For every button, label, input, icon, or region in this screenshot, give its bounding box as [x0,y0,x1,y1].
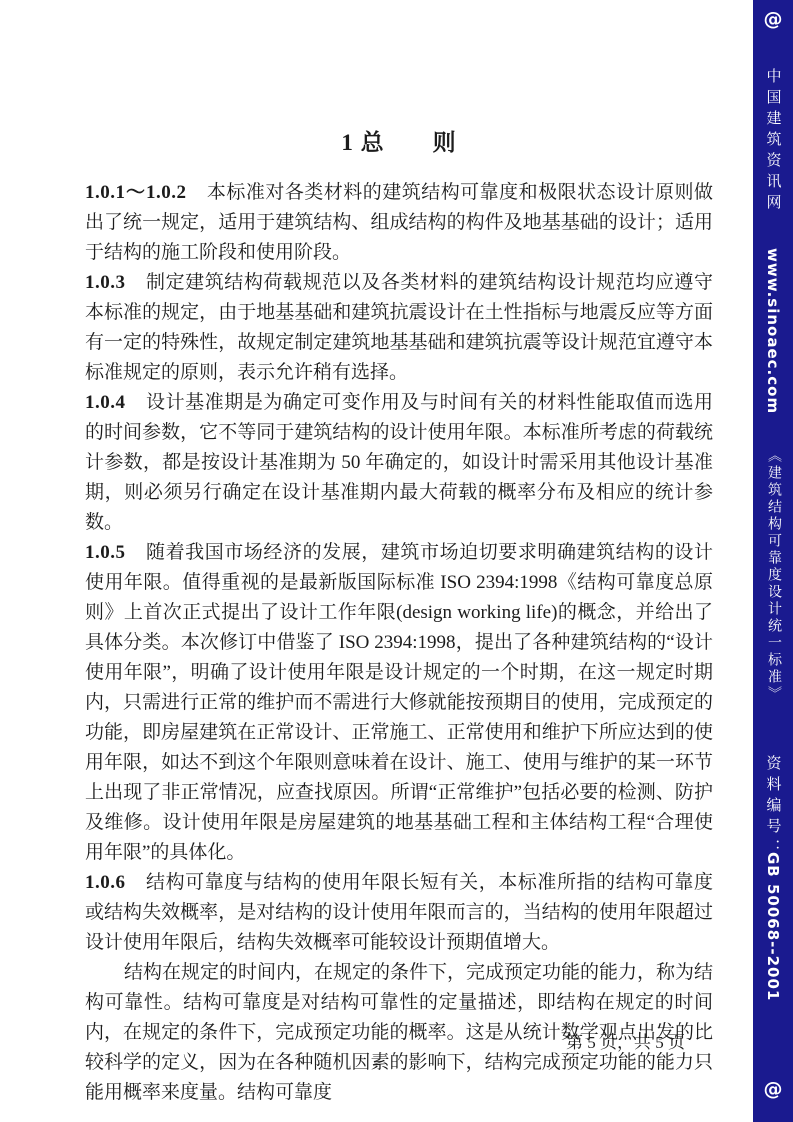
paragraph-1-0-4: 1.0.4设计基准期是为确定可变作用及与时间有关的材料性能取值而选用的时间参数，… [85,388,713,538]
clause-text: 随着我国市场经济的发展，建筑市场迫切要求明确建筑结构的设计使用年限。值得重视的是… [85,542,713,863]
sidebar-site-name: 中国建筑资讯网 [763,68,784,215]
at-icon-top: @ [753,8,793,30]
at-icon-bottom: @ [753,1078,793,1100]
clause-text: 制定建筑结构荷载规范以及各类材料的建筑结构设计规范均应遵守本标准的规定，由于地基… [85,272,713,383]
sidebar: @ 中国建筑资讯网 www.sinoaec.com 《建筑结构可靠度设计统一标准… [753,0,793,1122]
paragraph-1-0-1: 1.0.1～1.0.2本标准对各类材料的建筑结构可靠度和极限状态设计原则做出了统… [85,178,713,268]
clause-text: 结构可靠度与结构的使用年限长短有关，本标准所指的结构可靠度或结构失效概率，是对结… [85,872,713,953]
clause-number: 1.0.6 [85,872,126,893]
sidebar-doc-number-label: 资料编号： [763,755,784,860]
paragraph-1-0-5: 1.0.5随着我国市场经济的发展，建筑市场迫切要求明确建筑结构的设计使用年限。值… [85,538,713,868]
paragraph-1-0-6: 1.0.6结构可靠度与结构的使用年限长短有关，本标准所指的结构可靠度或结构失效概… [85,868,713,958]
page-number: 第 5 页，共 5 页 [85,1030,713,1056]
clause-number: 1.0.4 [85,392,126,413]
sidebar-doc-number: GB 50068--2001 [764,852,782,1001]
clause-text: 设计基准期是为确定可变作用及与时间有关的材料性能取值而选用的时间参数，它不等同于… [85,392,713,533]
sidebar-site-url: www.sinoaec.com [764,248,782,414]
document-page: 1 总 则 1.0.1～1.0.2本标准对各类材料的建筑结构可靠度和极限状态设计… [0,0,793,1122]
paragraph-1-0-3: 1.0.3制定建筑结构荷载规范以及各类材料的建筑结构设计规范均应遵守本标准的规定… [85,268,713,388]
sidebar-standard-title: 《建筑结构可靠度设计统一标准》 [763,448,783,703]
document-content: 1 总 则 1.0.1～1.0.2本标准对各类材料的建筑结构可靠度和极限状态设计… [85,126,713,1108]
clause-number: 1.0.1～1.0.2 [85,182,186,203]
clause-number: 1.0.3 [85,272,126,293]
clause-number: 1.0.5 [85,542,126,563]
page-title: 1 总 则 [85,126,713,160]
